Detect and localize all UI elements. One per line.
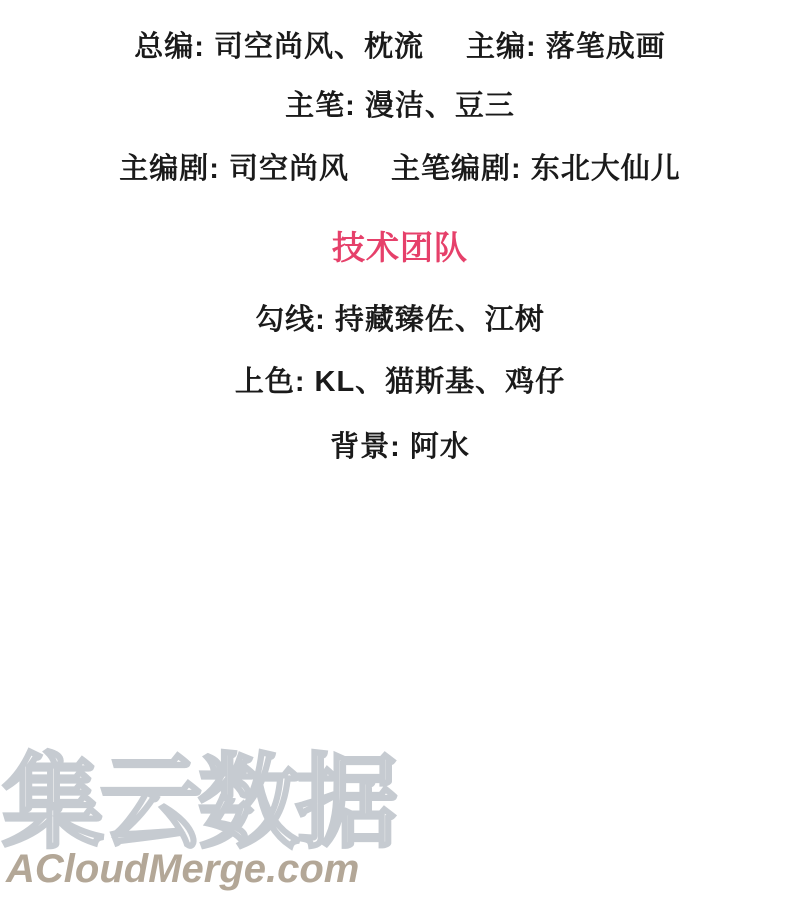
lead-writer-credit: 主笔编剧: 东北大仙儿 xyxy=(391,153,681,185)
tech-team-heading: 技术团队 xyxy=(0,231,800,264)
chief-writer-credit: 主编剧: 司空尚风 xyxy=(119,153,349,185)
credits-page: 总编: 司空尚风、枕流主编: 落笔成画 主笔: 漫洁、豆三 主编剧: 司空尚风主… xyxy=(0,0,800,903)
chief-editor-credit: 总编: 司空尚风、枕流 xyxy=(134,31,424,63)
credits-line-artist: 主笔: 漫洁、豆三 xyxy=(0,92,800,121)
watermark-site-name: 集云数据 xyxy=(2,752,394,854)
credits-line-writers: 主编剧: 司空尚风主笔编剧: 东北大仙儿 xyxy=(0,155,800,184)
credits-line-editors: 总编: 司空尚风、枕流主编: 落笔成画 xyxy=(0,33,800,62)
watermark-site-url: ACloudMerge.com xyxy=(6,849,359,889)
credits-line-background: 背景: 阿水 xyxy=(0,433,800,462)
credits-line-coloring: 上色: KL、猫斯基、鸡仔 xyxy=(0,368,800,397)
credits-line-lineart: 勾线: 持藏臻佐、江树 xyxy=(0,306,800,335)
editor-credit: 主编: 落笔成画 xyxy=(466,31,666,63)
